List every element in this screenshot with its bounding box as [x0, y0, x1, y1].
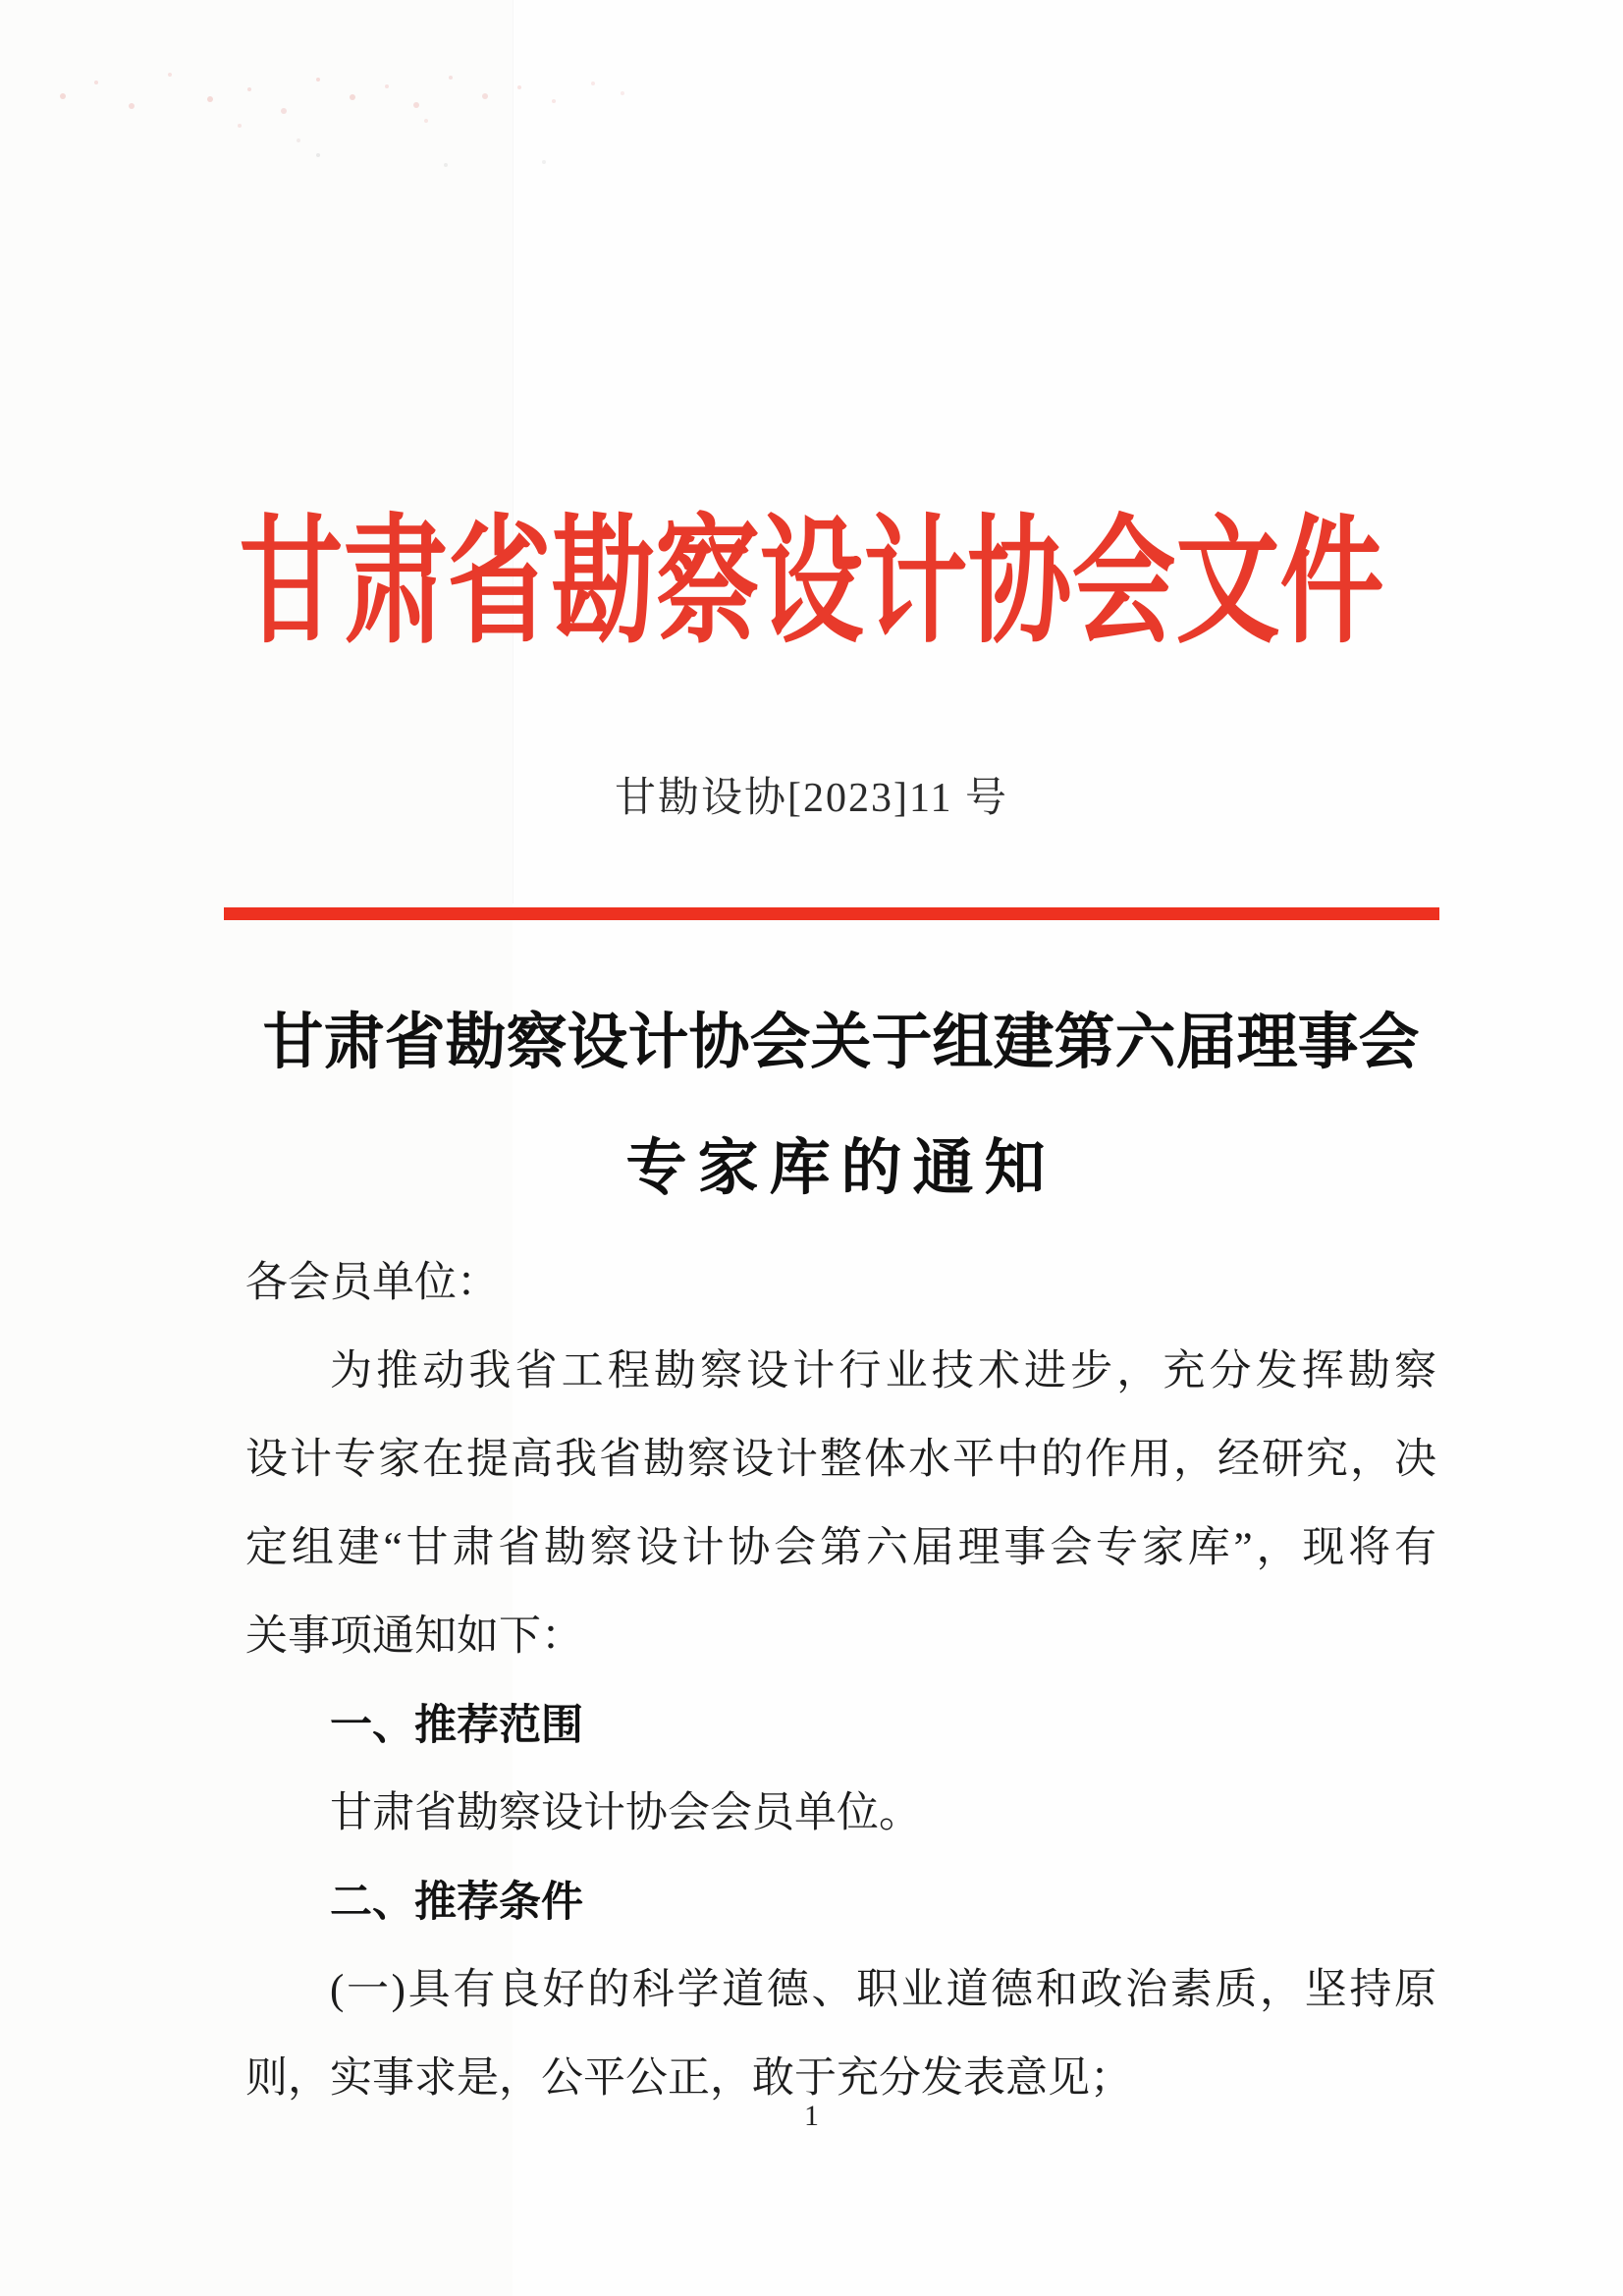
doc-number: 甘勘设协[2023]11 号	[0, 778, 1623, 819]
paragraph-line: 关事项通知如下：	[245, 1593, 1436, 1681]
doc-title-line1: 甘肃省勘察设计协会关于组建第六届理事会	[245, 980, 1436, 1106]
body-text: 各会员单位： 为推动我省工程勘察设计行业技术进步，充分发挥勘察 设计专家在提高我…	[245, 1239, 1436, 2123]
paragraph-line: 设计专家在提高我省勘察设计整体水平中的作用，经研究，决	[245, 1416, 1436, 1504]
scan-artifacts	[0, 0, 4, 4]
red-divider-rule	[224, 907, 1439, 920]
paragraph-line: 定组建“甘肃省勘察设计协会第六届理事会专家库”，现将有	[245, 1504, 1436, 1593]
page-number: 1	[0, 2100, 1623, 2133]
document-page: 甘肃省勘察设计协会文件 甘勘设协[2023]11 号 甘肃省勘察设计协会关于组建…	[0, 0, 1623, 2296]
org-letterhead-title: 甘肃省勘察设计协会文件	[0, 515, 1623, 653]
section-heading-2: 二、推荐条件	[245, 1858, 1436, 1946]
paragraph-line: 甘肃省勘察设计协会会员单位。	[245, 1770, 1436, 1858]
paragraph-line: (一)具有良好的科学道德、职业道德和政治素质，坚持原	[245, 1946, 1436, 2035]
doc-title: 甘肃省勘察设计协会关于组建第六届理事会 专家库的通知	[245, 980, 1436, 1231]
paragraph-line: 为推动我省工程勘察设计行业技术进步，充分发挥勘察	[245, 1328, 1436, 1416]
scan-fold-line	[513, 0, 514, 903]
section-heading-1: 一、推荐范围	[245, 1681, 1436, 1770]
doc-title-line2: 专家库的通知	[245, 1106, 1436, 1231]
salutation-line: 各会员单位：	[245, 1239, 1436, 1328]
